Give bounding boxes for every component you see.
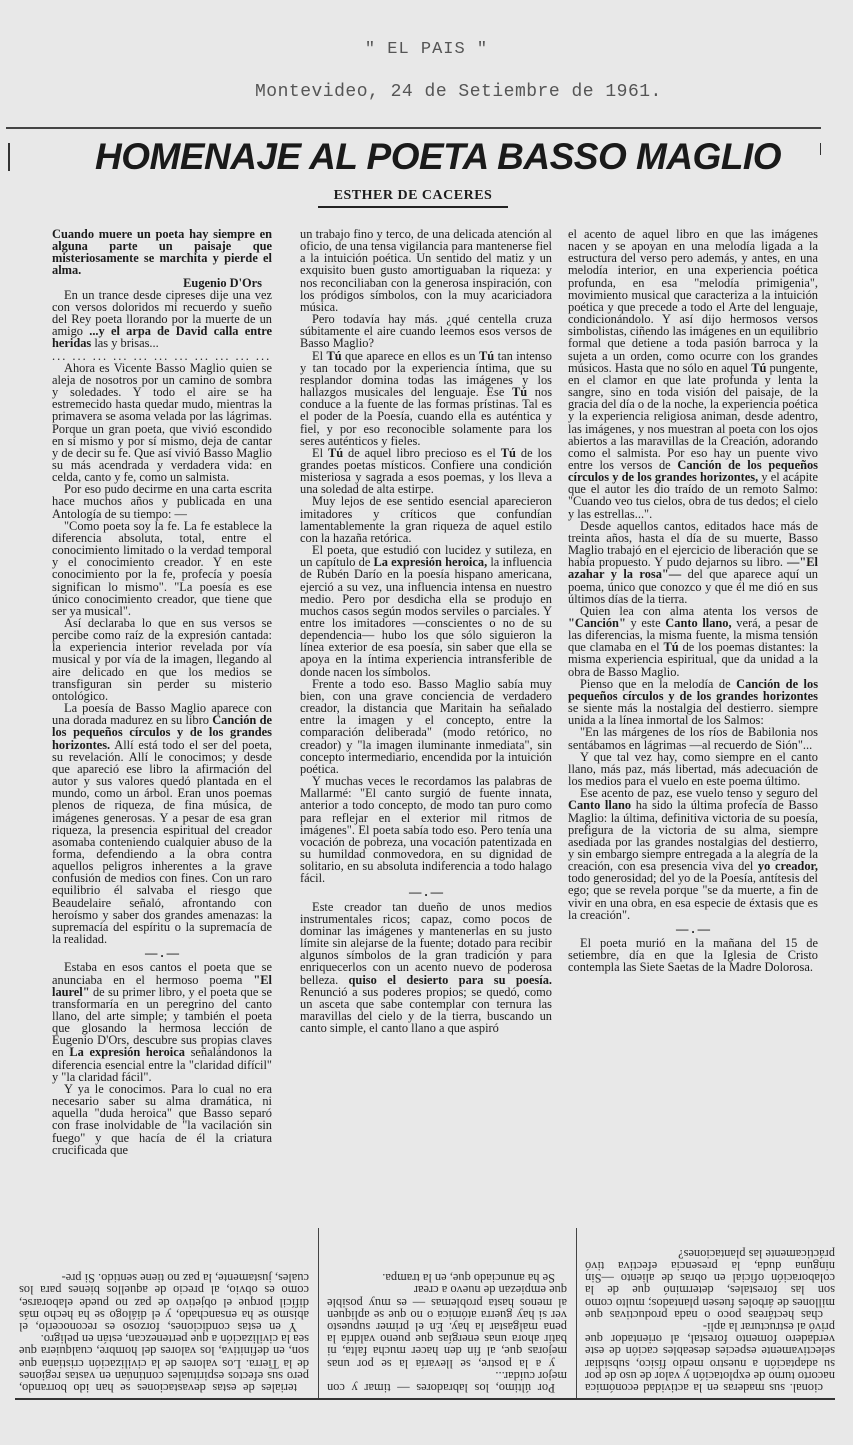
paragraph: Por eso pudo decirme en una carta escrit… <box>52 483 272 519</box>
paragraph: un trabajo fino y terco, de una delicada… <box>300 228 552 313</box>
top-rule <box>6 127 821 129</box>
dateline: Montevideo, 24 de Setiembre de 1961. <box>255 82 662 102</box>
psalm-quote: "En las márgenes de los ríos de Babiloni… <box>568 726 818 750</box>
paragraph: Desde aquellos cantos, editados hace más… <box>568 520 818 605</box>
paragraph: Ese acento de paz, ese vuelo tenso y seg… <box>568 787 818 921</box>
paragraph: El Tú de aquel libro precioso es el Tú d… <box>300 447 552 496</box>
article-column-2: un trabajo fino y terco, de una delicada… <box>300 228 552 1034</box>
paragraph: Frente a todo eso. Basso Maglio sabía mu… <box>300 678 552 775</box>
left-margin-mark <box>8 143 10 171</box>
masthead: " EL PAIS " <box>0 40 853 59</box>
section-separator: — . — <box>568 923 818 935</box>
section-separator: — . — <box>300 886 552 898</box>
ellipsis-separator: ... ... ... ... ... ... ... ... ... ... … <box>52 350 272 362</box>
paragraph: Ahora es Vicente Basso Maglio quien se a… <box>52 362 272 484</box>
inverted-column-middle: Por último, los labradores — timar y con… <box>327 1272 567 1394</box>
inverted-column-right: cional. sus maderas en la actividad econ… <box>585 1248 835 1394</box>
paragraph: Y ya le conocimos. Para lo cual no era n… <box>52 1083 272 1156</box>
inverted-column-left: teriales de estas devastaciones se han i… <box>19 1272 309 1394</box>
epigraph: Cuando muere un poeta hay siempre en alg… <box>52 228 272 277</box>
section-separator: — . — <box>52 947 272 959</box>
inverted-clipping: cional. sus maderas en la actividad econ… <box>15 1228 835 1400</box>
paragraph: Estaba en esos cantos el poeta que se an… <box>52 961 272 1083</box>
paragraph: En un trance desde cipreses dije una vez… <box>52 289 272 350</box>
column-divider <box>318 1228 319 1398</box>
paragraph: Muy lejos de ese sentido esencial aparec… <box>300 495 552 544</box>
byline: ESTHER DE CACERES <box>318 188 508 208</box>
paragraph: Así declaraba lo que en sus versos se pe… <box>52 617 272 702</box>
paragraph: Quien lea con alma atenta los versos de … <box>568 605 818 678</box>
right-margin-mark <box>820 143 821 155</box>
column-divider <box>576 1228 577 1398</box>
paragraph: Este creador tan dueño de unos medios in… <box>300 901 552 1035</box>
paragraph: La poesía de Basso Maglio aparece con un… <box>52 702 272 945</box>
paragraph: Y muchas veces le recordamos las palabra… <box>300 775 552 884</box>
paragraph: el acento de aquel libro en que las imág… <box>568 228 818 520</box>
paragraph: Pienso que en la melodía de Canción de l… <box>568 678 818 727</box>
article-column-1: Cuando muere un poeta hay siempre en alg… <box>52 228 272 1156</box>
article-column-3: el acento de aquel libro en que las imág… <box>568 228 818 974</box>
headline: HOMENAJE AL POETA BASSO MAGLIO <box>95 136 755 178</box>
quote-paragraph: "Como poeta soy la fe. La fe establece l… <box>52 520 272 617</box>
paragraph: El Tú que aparece en ellos es un Tú tan … <box>300 350 552 447</box>
paragraph: El poeta, que estudió con lucidez y suti… <box>300 544 552 678</box>
paragraph: El poeta murió en la mañana del 15 de se… <box>568 937 818 973</box>
paragraph: Y que tal vez hay, como siempre en el ca… <box>568 751 818 787</box>
paragraph: Pero todavía hay más. ¿qué centella cruz… <box>300 313 552 349</box>
